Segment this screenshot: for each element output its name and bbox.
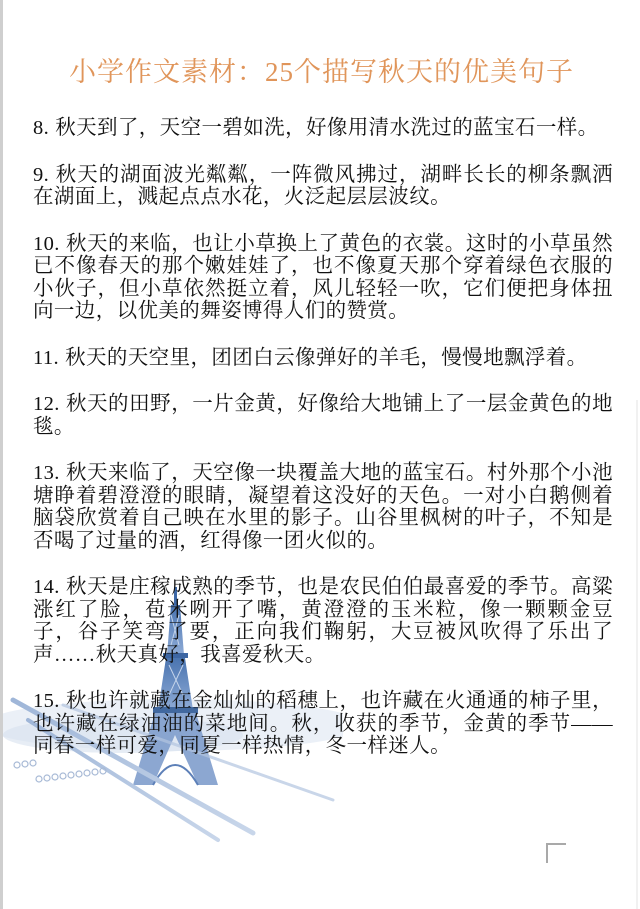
paragraph-text: 秋天到了，天空一碧如洗，好像用清水洗过的蓝宝石一样。 bbox=[55, 117, 598, 139]
paragraph-text: 秋天来临了，天空像一块覆盖大地的蓝宝石。村外那个小池塘睁着碧澄澄的眼睛，凝望着这… bbox=[33, 462, 613, 552]
document-title: 小学作文素材：25个描写秋天的优美句子 bbox=[3, 50, 640, 89]
paragraph-text: 秋天是庄稼成熟的季节，也是农民伯伯最喜爱的季节。高粱涨红了脸，苞米咧开了嘴，黄澄… bbox=[33, 576, 613, 666]
paragraph-14: 14.秋天是庄稼成熟的季节，也是农民伯伯最喜爱的季节。高粱涨红了脸，苞米咧开了嘴… bbox=[33, 576, 613, 666]
paragraph-number: 14. bbox=[33, 576, 60, 598]
paragraph-number: 13. bbox=[33, 462, 60, 484]
paragraph-10: 10.秋天的来临，也让小草换上了黄色的衣裳。这时的小草虽然已不像春天的那个嫩娃娃… bbox=[33, 233, 613, 323]
paragraph-text: 秋天的田野，一片金黄，好像给大地铺上了一层金黄色的地毯。 bbox=[33, 393, 613, 438]
paragraph-text: 秋天的天空里，团团白云像弹好的羊毛，慢慢地飘浮着。 bbox=[65, 347, 588, 369]
page-corner-mark bbox=[546, 843, 566, 863]
paragraph-number: 10. bbox=[33, 233, 60, 255]
paragraph-12: 12.秋天的田野，一片金黄，好像给大地铺上了一层金黄色的地毯。 bbox=[33, 393, 613, 438]
paragraph-number: 11. bbox=[33, 347, 59, 369]
paragraph-number: 8. bbox=[33, 117, 49, 139]
paragraph-number: 15. bbox=[33, 690, 60, 712]
document-body: 8.秋天到了，天空一碧如洗，好像用清水洗过的蓝宝石一样。 9.秋天的湖面波光粼粼… bbox=[33, 117, 613, 782]
document-page: 小学作文素材：25个描写秋天的优美句子 bbox=[0, 0, 640, 909]
paragraph-text: 秋也许就藏在金灿灿的稻穗上，也许藏在火通通的柿子里，也许藏在绿油油的菜地间。秋，… bbox=[33, 690, 613, 757]
paragraph-text: 秋天的来临，也让小草换上了黄色的衣裳。这时的小草虽然已不像春天的那个嫩娃娃了，也… bbox=[33, 233, 613, 323]
paragraph-11: 11.秋天的天空里，团团白云像弹好的羊毛，慢慢地飘浮着。 bbox=[33, 347, 613, 370]
paragraph-9: 9.秋天的湖面波光粼粼，一阵微风拂过，湖畔长长的柳条飘洒在湖面上，溅起点点水花，… bbox=[33, 164, 613, 209]
paragraph-number: 12. bbox=[33, 393, 60, 415]
paragraph-number: 9. bbox=[33, 164, 49, 186]
paragraph-text: 秋天的湖面波光粼粼，一阵微风拂过，湖畔长长的柳条飘洒在湖面上，溅起点点水花，火泛… bbox=[33, 164, 613, 209]
paragraph-15: 15.秋也许就藏在金灿灿的稻穗上，也许藏在火通通的柿子里，也许藏在绿油油的菜地间… bbox=[33, 690, 613, 758]
paragraph-13: 13.秋天来临了，天空像一块覆盖大地的蓝宝石。村外那个小池塘睁着碧澄澄的眼睛，凝… bbox=[33, 462, 613, 552]
paragraph-8: 8.秋天到了，天空一碧如洗，好像用清水洗过的蓝宝石一样。 bbox=[33, 117, 613, 140]
page-edge bbox=[636, 400, 638, 909]
